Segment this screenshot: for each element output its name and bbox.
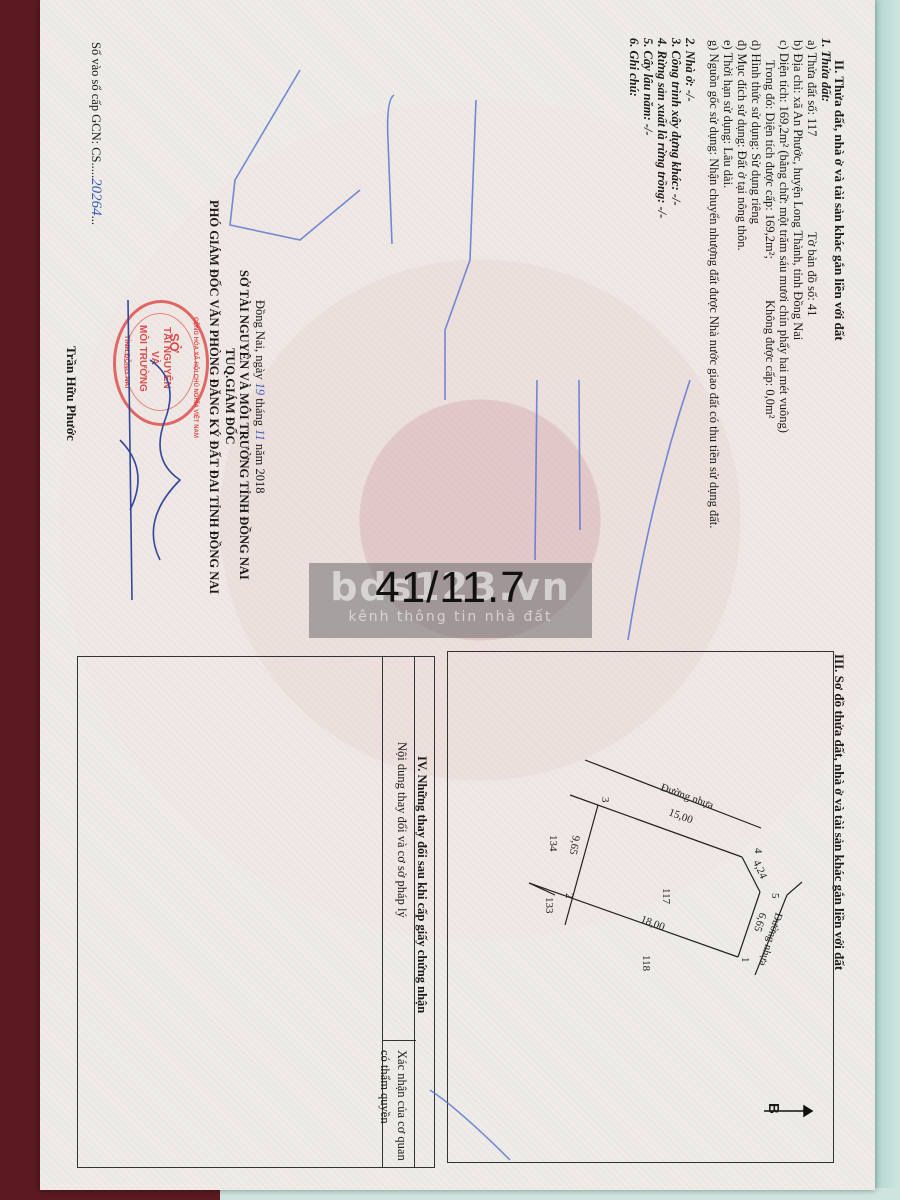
- neighbor-parcel-133: 133: [543, 897, 555, 914]
- point-2: 2: [563, 893, 575, 899]
- point-3: 3: [599, 797, 611, 803]
- neighbor-parcel-118: 118: [640, 955, 652, 972]
- parcel-number-label: 117: [660, 888, 672, 905]
- neighbor-parcel-134: 134: [547, 835, 559, 852]
- edge-length-5-1: 6,65: [751, 911, 769, 933]
- edge-length-1-2: 18,00: [639, 914, 667, 934]
- edge-length-3-4: 15,00: [667, 807, 695, 827]
- north-label: B: [765, 1103, 782, 1114]
- point-1: 1: [739, 957, 751, 963]
- point-5: 5: [769, 893, 781, 899]
- handwritten-signature: [120, 300, 180, 600]
- watermark-overlay-code: 41/11.7: [309, 563, 592, 613]
- road-label-top: Đường nhựa: [659, 782, 715, 812]
- point-4: 4: [752, 848, 764, 854]
- watermark-banner: bds123.vn kênh thông tin nhà đất 41/11.7: [309, 563, 592, 638]
- edge-length-2-3: 9,65: [567, 834, 582, 856]
